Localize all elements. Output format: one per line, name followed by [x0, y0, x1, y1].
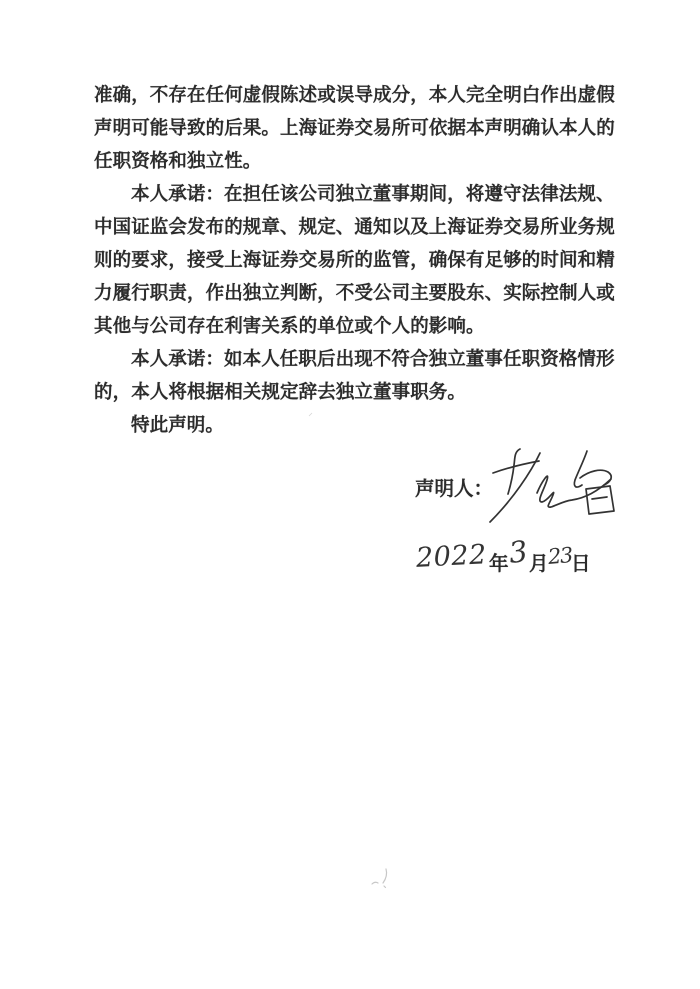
handwritten-day: 23 [547, 543, 573, 569]
signature-stroke [574, 451, 587, 487]
document-line: 本人承诺：如本人任职后出现不符合独立董事任职资格情形 [94, 342, 616, 375]
signature-stroke [508, 449, 520, 494]
handwritten-signature [487, 444, 625, 528]
document-body: 准确，不存在任何虚假陈述或误导成分，本人完全明白作出虚假 声明可能导致的后果。上… [94, 78, 616, 441]
document-line: 特此声明。 [94, 408, 616, 441]
signature-stroke [580, 470, 611, 485]
handwritten-year: 2022 [415, 539, 487, 574]
signature-stroke [586, 486, 614, 514]
document-page: 准确，不存在任何虚假陈述或误导成分，本人完全明白作出虚假 声明可能导致的后果。上… [0, 0, 700, 989]
document-line: 任职资格和独立性。 [94, 144, 616, 177]
document-line: 其他与公司存在利害关系的单位或个人的影响。 [94, 309, 616, 342]
document-line: 本人承诺：在担任该公司独立董事期间，将遵守法律法规、 [94, 177, 616, 210]
document-line: 中国证监会发布的规章、规定、通知以及上海证券交易所业务规 [94, 210, 616, 243]
document-line: 力履行职责，作出独立判断，不受公司主要股东、实际控制人或 [94, 276, 616, 309]
document-line: 的，本人将根据相关规定辞去独立董事职务。 [94, 375, 616, 408]
document-line: 则的要求，接受上海证券交易所的监管，确保有足够的时间和精 [94, 243, 616, 276]
day-unit-label: 日 [571, 548, 591, 576]
document-line: 准确，不存在任何虚假陈述或误导成分，本人完全明白作出虚假 [94, 78, 616, 111]
ink-smudge [360, 866, 404, 896]
month-unit-label: 月 [529, 548, 549, 576]
signer-label: 声明人： [415, 473, 493, 501]
year-unit-label: 年 [489, 548, 509, 576]
document-line: 声明可能导致的后果。上海证券交易所可依据本声明确认本人的 [94, 111, 616, 144]
signature-stroke [592, 497, 607, 499]
ink-speck [308, 412, 313, 417]
handwritten-month: 3 [507, 534, 529, 570]
